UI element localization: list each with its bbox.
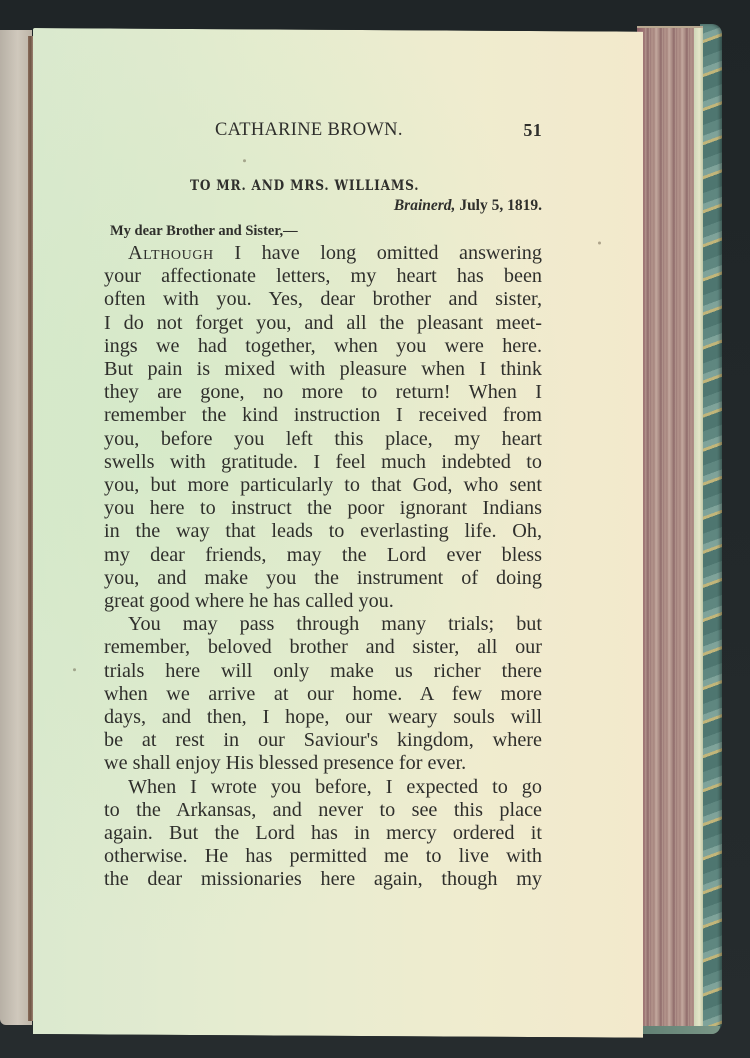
text-line: You may pass through many trials; but [104, 613, 542, 636]
text-line: in the way that leads to everlasting lif… [104, 520, 542, 543]
text-line: days, and then, I hope, our weary souls … [104, 706, 542, 729]
text-line: they are gone, no more to return! When I [104, 381, 542, 404]
marbled-cover-edge [700, 24, 722, 1034]
page-fore-edge [637, 26, 703, 1034]
opening-word: Although [128, 242, 214, 264]
text-line: we shall enjoy His blessed presence for … [104, 752, 542, 775]
letter-salutation: My dear Brother and Sister,— [110, 223, 542, 240]
text-line: to the Arkansas, and never to see this p… [104, 799, 542, 822]
letter-addressee: TO MR. AND MRS. WILLIAMS. [190, 178, 507, 194]
text-line: again. But the Lord has in mercy ordered… [104, 822, 542, 845]
text-line: otherwise. He has permitted me to live w… [104, 845, 542, 868]
dateline-date: July 5, 1819. [459, 197, 542, 214]
text-line: you here to instruct the poor ignorant I… [104, 497, 542, 520]
text-line: be at rest in our Saviour's kingdom, whe… [104, 729, 542, 752]
paper-speck [598, 241, 601, 244]
text-line: you, but more particularly to that God, … [104, 474, 542, 497]
text-line: your affectionate letters, my heart has … [104, 265, 542, 288]
text-line: swells with gratitude. I feel much indeb… [104, 451, 542, 474]
running-head-title: CATHARINE BROWN. [215, 120, 403, 141]
letter-dateline: Brainerd, July 5, 1819. [104, 197, 542, 215]
text-line: remember the kind instruction I received… [104, 404, 542, 427]
paper-speck [73, 668, 76, 671]
text-line: ings we had together, when you were here… [104, 335, 542, 358]
letter-body: Although I have long omitted answering y… [104, 242, 542, 892]
dateline-place: Brainerd, [394, 197, 456, 214]
text-line: you, and make you the instrument of doin… [104, 567, 542, 590]
text-line: I do not forget you, and all the pleasan… [104, 312, 542, 335]
page-text-block: CATHARINE BROWN. 51 TO MR. AND MRS. WILL… [104, 118, 542, 892]
text-line: my dear friends, may the Lord ever bless [104, 544, 542, 567]
text-line: the dear missionaries here again, though… [104, 868, 542, 891]
text-line: But pain is mixed with pleasure when I t… [104, 358, 542, 381]
text-line: When I wrote you before, I expected to g… [104, 776, 542, 799]
text-line: you, before you left this place, my hear… [104, 428, 542, 451]
text-line: when we arrive at our home. A few more [104, 683, 542, 706]
text-line: often with you. Yes, dear brother and si… [104, 288, 542, 311]
text-line: trials here will only make us richer the… [104, 660, 542, 683]
page-number: 51 [523, 120, 542, 141]
running-head: CATHARINE BROWN. 51 [104, 118, 542, 148]
text-line: Although I have long omitted answering [104, 242, 542, 265]
text-line: remember, beloved brother and sister, al… [104, 636, 542, 659]
text-line: great good where he has called you. [104, 590, 542, 613]
